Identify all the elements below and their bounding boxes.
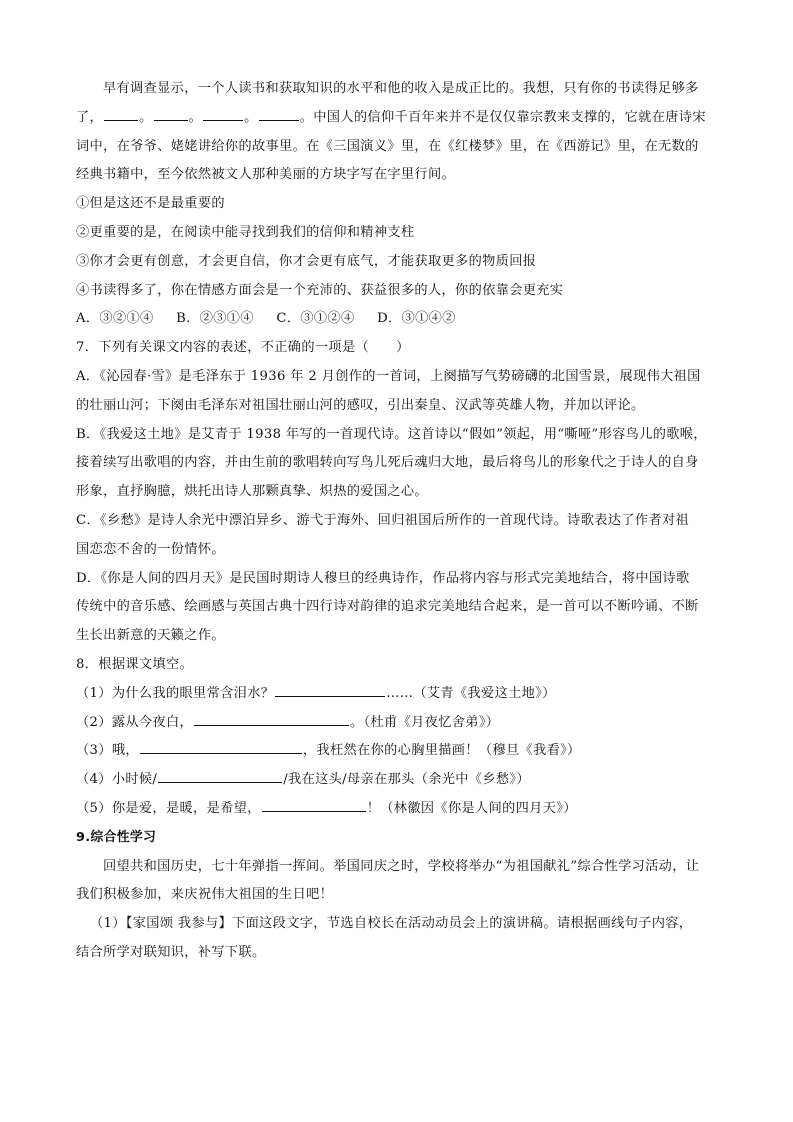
q7-option-a-cont: 的壮丽山河；下阕由毛泽东对祖国壮丽山河的感叹，引出秦皇、汉武等英雄人物，并加以评… — [76, 392, 724, 421]
answer-blank-3[interactable] — [203, 106, 243, 121]
question-7-stem: 7．下列有关课文内容的表述，不正确的一项是（ ） — [76, 334, 724, 363]
passage-line-with-blanks: 了，。。。。中国人的信仰千百年来并不是仅仅靠宗教来支撑的，它就在唐诗宋 — [76, 104, 724, 133]
q9-intro-line: 回望共和国历史，七十年弹指一挥间。举国同庆之时，学校将举办“为祖国献礼”综合性学… — [76, 853, 724, 882]
passage-line: 经典书籍中，至今依然被文人那种美丽的方块字写在字里行间。 — [76, 161, 724, 190]
q7-option-c-cont: 国恋恋不舍的一份情怀。 — [76, 536, 724, 565]
q8-item-2: （2）露从今夜白，。（杜甫《月夜忆舍弟》） — [76, 709, 724, 738]
sentence-option-3: ③你才会更有创意，才会更自信，你才会更有底气，才能获取更多的物质回报 — [76, 248, 724, 277]
q9-sub1-line: （1）【家国颂 我参与】下面这段文字，节选自校长在活动动员会上的演讲稿。请根据画… — [76, 910, 724, 939]
q8-item-3: （3）哦，，我枉然在你的心胸里描画！（穆旦《我看》） — [76, 737, 724, 766]
q7-option-d-cont: 生长出新意的天籁之作。 — [76, 622, 724, 651]
choice-d[interactable]: D．③①④② — [377, 311, 456, 326]
question-8-stem: 8．根据课文填空。 — [76, 651, 724, 680]
q7-option-d[interactable]: D．《你是人间的四月天》是民国时期诗人穆旦的经典诗作，作品将内容与形式完美地结合… — [76, 565, 724, 594]
q7-option-c[interactable]: C．《乡愁》是诗人余光中漂泊异乡、游弋于海外、回归祖国后所作的一首现代诗。诗歌表… — [76, 507, 724, 536]
q8-item-4: （4）小时候//我在这头/母亲在那头（余光中《乡愁》） — [76, 766, 724, 795]
choice-row: A．③②①④ B．②③①④ C．③①②④ D．③①④② — [76, 305, 724, 334]
q9-sub1-line: 结合所学对联知识，补写下联。 — [76, 939, 724, 968]
fill-blank-4[interactable] — [158, 768, 282, 783]
choice-b[interactable]: B．②③①④ — [176, 311, 254, 326]
q7-option-a[interactable]: A．《沁园春·雪》是毛泽东于 1936 年 2 月创作的一首词，上阕描写气势磅礴… — [76, 363, 724, 392]
answer-blank-2[interactable] — [154, 106, 188, 121]
q8-item-5: （5）你是爱，是暖，是希望，！（林徽因《你是人间的四月天》） — [76, 795, 724, 824]
choice-c[interactable]: C．③①②④ — [276, 311, 354, 326]
sentence-option-2: ②更重要的是，在阅读中能寻找到我们的信仰和精神支柱 — [76, 219, 724, 248]
q7-option-b-cont: 接着续写出歌唱的内容，并由生前的歌唱转向写鸟儿死后魂归大地，最后将鸟儿的形象代之… — [76, 449, 724, 478]
fill-blank-1[interactable] — [275, 682, 385, 697]
answer-blank-1[interactable] — [104, 106, 138, 121]
passage-line: 词中，在爷爷、姥姥讲给你的故事里。在《三国演义》里，在《红楼梦》里，在《西游记》… — [76, 133, 724, 162]
fill-blank-2[interactable] — [194, 711, 349, 726]
q7-option-b[interactable]: B．《我爱这土地》是艾青于 1938 年写的一首现代诗。这首诗以“假如”领起，用… — [76, 421, 724, 450]
passage-line: 早有调查显示，一个人读书和获取知识的水平和他的收入是成正比的。我想，只有你的书读… — [76, 75, 724, 104]
q7-option-d-cont: 传统中的音乐感、绘画感与英国古典十四行诗对韵律的追求完美地结合起来，是一首可以不… — [76, 593, 724, 622]
sentence-option-4: ④书读得多了，你在情感方面会是一个充沛的、获益很多的人，你的依靠会更充实 — [76, 277, 724, 306]
q9-intro-line: 我们积极参加，来庆祝伟大祖国的生日吧！ — [76, 881, 724, 910]
q8-item-1: （1）为什么我的眼里常含泪水？……（艾青《我爱这土地》） — [76, 680, 724, 709]
answer-blank-4[interactable] — [259, 106, 299, 121]
exam-page: 早有调查显示，一个人读书和获取知识的水平和他的收入是成正比的。我想，只有你的书读… — [76, 75, 724, 968]
q7-option-b-cont: 形象，直抒胸臆，烘托出诗人那颗真挚、炽热的爱国之心。 — [76, 478, 724, 507]
fill-blank-3[interactable] — [140, 739, 302, 754]
fill-blank-5[interactable] — [262, 797, 366, 812]
sentence-option-1: ①但是这还不是最重要的 — [76, 190, 724, 219]
question-9-title: 9.综合性学习 — [76, 824, 724, 853]
choice-a[interactable]: A．③②①④ — [76, 311, 154, 326]
